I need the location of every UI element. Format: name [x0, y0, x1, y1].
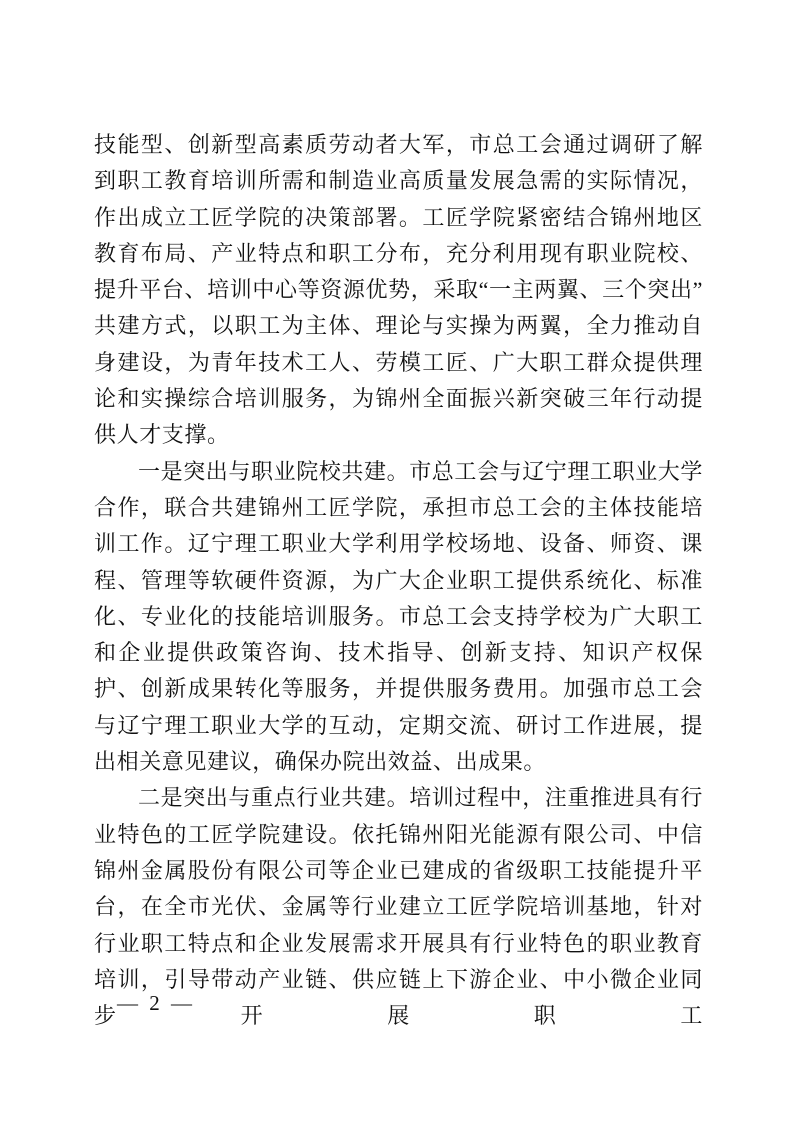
- paragraph-first-point: 一是突出与职业院校共建。市总工会与辽宁理工职业大学合作，联合共建锦州工匠学院，承…: [94, 454, 703, 781]
- page-number: — 2 —: [117, 989, 195, 1017]
- paragraph-continuation: 技能型、创新型高素质劳动者大军，市总工会通过调研了解到职工教育培训所需和制造业高…: [94, 127, 703, 454]
- body-text: 技能型、创新型高素质劳动者大军，市总工会通过调研了解到职工教育培训所需和制造业高…: [94, 127, 703, 1034]
- document-page: 技能型、创新型高素质劳动者大军，市总工会通过调研了解到职工教育培训所需和制造业高…: [0, 0, 794, 1123]
